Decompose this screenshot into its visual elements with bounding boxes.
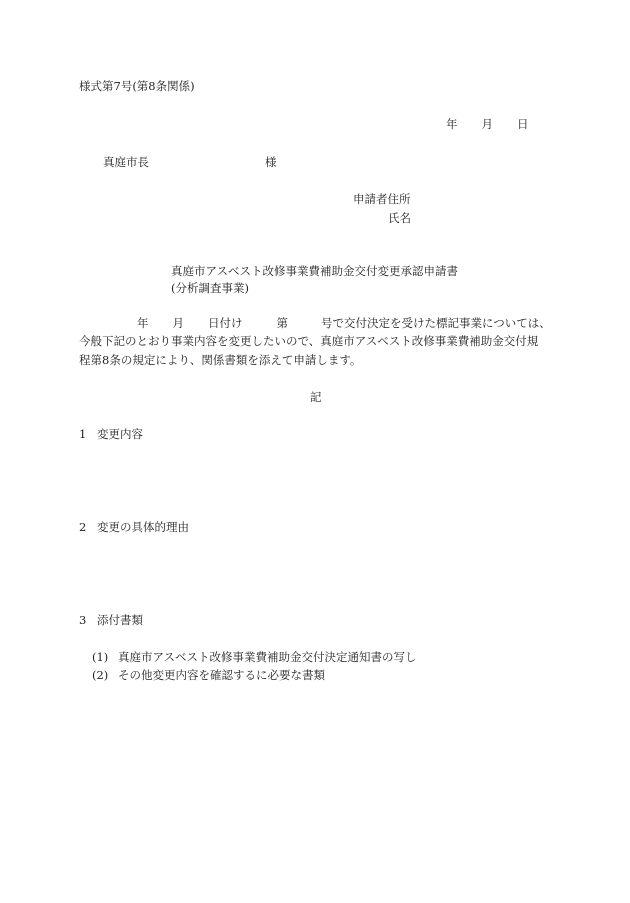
date-month-label: 月 (482, 119, 494, 131)
addressee-honorific: 様 (265, 157, 277, 169)
section-label: 変更の具体的理由 (97, 520, 189, 534)
attachment-item: (2)その他変更内容を確認するに必要な書類 (92, 670, 325, 682)
document-subtitle: (分析調査事業) (171, 283, 249, 295)
body-dai: 第 (277, 318, 289, 330)
section-label: 変更内容 (97, 427, 143, 441)
body-month: 月 (173, 318, 185, 330)
section-number: 1 (79, 429, 97, 441)
document-title: 真庭市アスベスト改修事業費補助金交付変更承認申請書 (171, 266, 458, 278)
attachment-number: (2) (92, 670, 118, 682)
section-change-reason: 2変更の具体的理由 (79, 522, 189, 534)
body-year: 年 (137, 318, 149, 330)
date-year-label: 年 (446, 119, 458, 131)
section-number: 3 (79, 615, 97, 627)
attachment-item: (1)真庭市アスベスト改修事業費補助金交付決定通知書の写し (92, 652, 417, 664)
body-line-1: 年月日付け第号で交付決定を受けた標記事業については、 (137, 318, 551, 330)
ki-heading: 記 (310, 392, 322, 404)
attachment-label: その他変更内容を確認するに必要な書類 (118, 668, 325, 682)
attachment-number: (1) (92, 652, 118, 664)
body-line-3: 程第8条の規定により、関係書類を添えて申請します。 (79, 355, 361, 367)
body-dated: 日付け (208, 318, 243, 330)
body-rest: 号で交付決定を受けた標記事業については、 (321, 318, 551, 330)
attachment-label: 真庭市アスベスト改修事業費補助金交付決定通知書の写し (118, 650, 417, 664)
addressee-name: 真庭市長 (103, 155, 149, 169)
form-number: 様式第7号(第8条関係) (79, 81, 195, 93)
applicant-address-label: 申請者住所 (353, 194, 411, 206)
addressee: 真庭市長 様 (103, 157, 149, 169)
section-label: 添付書類 (97, 613, 143, 627)
date-line: 年月日 (446, 119, 529, 131)
body-line-2: 今般下記のとおり事業内容を変更したいので、真庭市アスベスト改修事業費補助金交付規 (79, 336, 538, 348)
section-number: 2 (79, 522, 97, 534)
section-attachments: 3添付書類 (79, 615, 143, 627)
applicant-name-label: 氏名 (388, 213, 411, 225)
date-day-label: 日 (517, 119, 529, 131)
section-change-content: 1変更内容 (79, 429, 143, 441)
